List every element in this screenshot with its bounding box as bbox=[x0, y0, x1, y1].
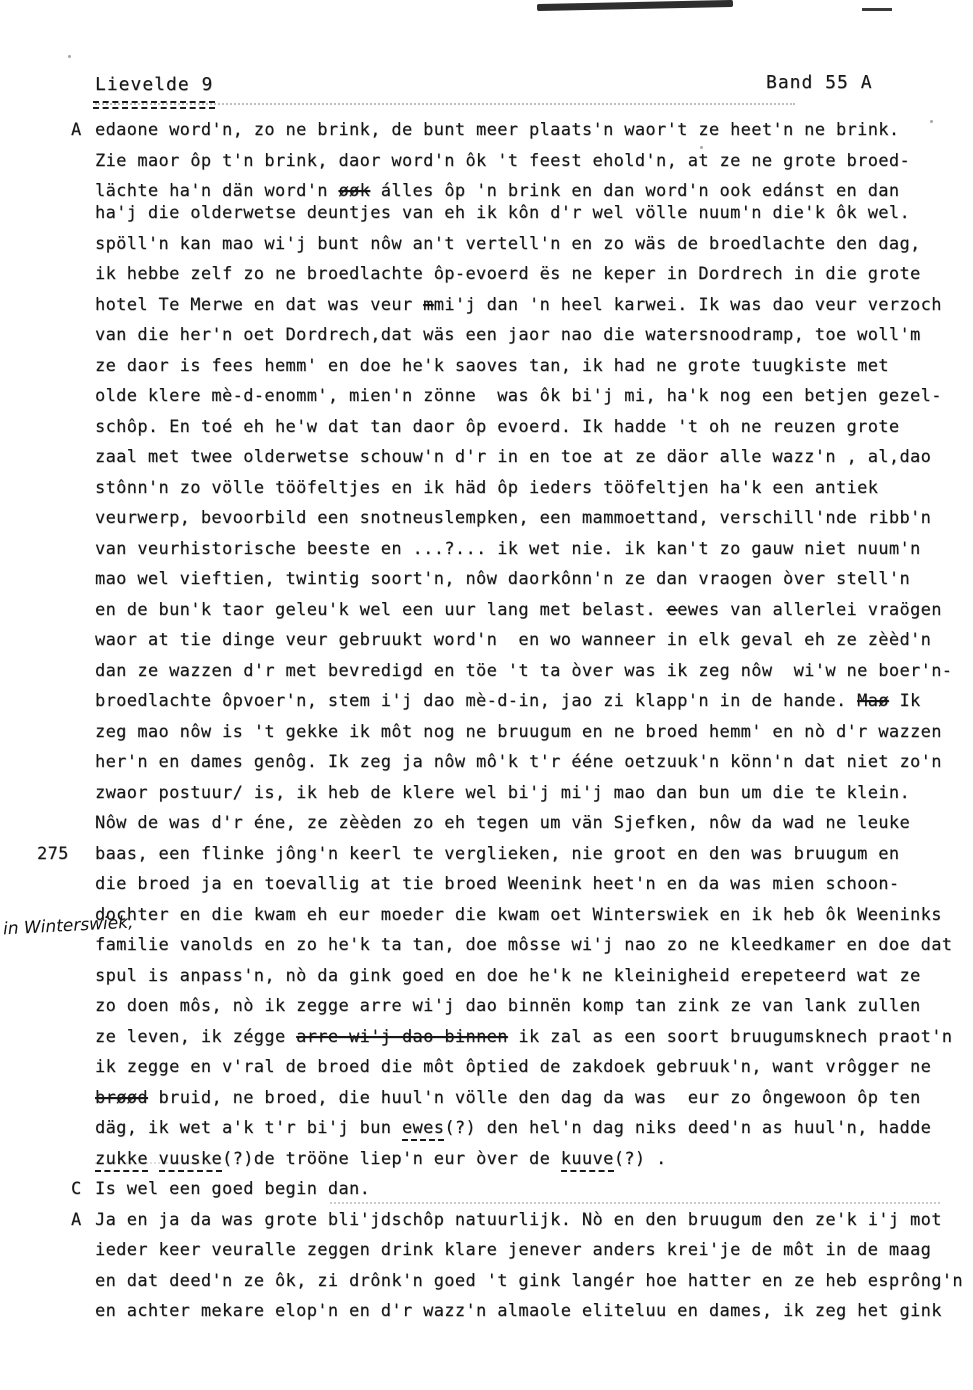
text-segment: ewes van allerlei vraögen bbox=[677, 600, 942, 620]
text-segment: Ja en ja da was grote bli'jdschôp natuur… bbox=[95, 1210, 942, 1230]
transcript: Aedaone word'n, zo ne brink, de bunt mee… bbox=[95, 120, 967, 1332]
text-segment: ieder keer veuralle zeggen drink klare j… bbox=[95, 1240, 931, 1260]
text-segment: zo doen môs, nò ik zegge arre wi'j dao b… bbox=[95, 996, 921, 1016]
transcript-line: spöll'n kan mao wi'j bunt nôw an't verte… bbox=[95, 234, 967, 265]
transcript-line: veurwerp, bevoorbild een snotneuslempken… bbox=[95, 508, 967, 539]
transcript-line: zeg mao nôw is 't gekke ik môt nog ne br… bbox=[95, 722, 967, 753]
transcript-line: mao wel vieftien, twintig soort'n, nôw d… bbox=[95, 569, 967, 600]
text-segment: ze daor is fees hemm' en doe he'k saoves… bbox=[95, 356, 889, 376]
transcript-line: ha'j die olderwetse deuntjes van eh ik k… bbox=[95, 203, 967, 234]
text-segment: dochter en die kwam eh eur moeder die kw… bbox=[95, 905, 942, 925]
text-segment: schôp. En toé eh he'w dat tan daor ôp ev… bbox=[95, 417, 899, 437]
transcript-line: CIs wel een goed begin dan. bbox=[95, 1179, 967, 1210]
text-segment: zwaor postuur/ is, ik heb de klere wel b… bbox=[95, 783, 910, 803]
transcript-line: schôp. En toé eh he'w dat tan daor ôp ev… bbox=[95, 417, 967, 448]
transcript-line: Aedaone word'n, zo ne brink, de bunt mee… bbox=[95, 120, 967, 151]
transcript-line: zaal met twee olderwetse schouw'n d'r in… bbox=[95, 447, 967, 478]
text-segment: spul is anpass'n, nò da gink goed en doe… bbox=[95, 966, 921, 986]
title-underline bbox=[93, 101, 215, 109]
strike-text: brøød bbox=[95, 1088, 148, 1108]
text-segment: álles ôp 'n brink en dan word'n ook edán… bbox=[370, 181, 899, 201]
text-segment: mi'j dan 'n heel karwei. Ik was dao veur… bbox=[434, 295, 942, 315]
text-segment: olde klere mè-d-enomm', mien'n zönne was… bbox=[95, 386, 942, 406]
transcript-line: familie vanolds en zo he'k ta tan, doe m… bbox=[95, 935, 967, 966]
speaker-label: C bbox=[71, 1179, 82, 1199]
text-segment: mao wel vieftien, twintig soort'n, nôw d… bbox=[95, 569, 910, 589]
transcript-line: olde klere mè-d-enomm', mien'n zönne was… bbox=[95, 386, 967, 417]
page-title: Lievelde 9 bbox=[95, 74, 213, 95]
transcript-line: hotel Te Merwe en dat was veur mmi'j dan… bbox=[95, 295, 967, 326]
transcript-line: lächte ha'n dän word'n øøk álles ôp 'n b… bbox=[95, 181, 967, 203]
text-segment: waor at tie dinge veur gebruukt word'n e… bbox=[95, 630, 931, 650]
text-segment: zaal met twee olderwetse schouw'n d'r in… bbox=[95, 447, 931, 467]
strike-text: øøk bbox=[338, 181, 370, 201]
text-segment: dan ze wazzen d'r met bevredigd en töe '… bbox=[95, 661, 952, 681]
transcript-line: waor at tie dinge veur gebruukt word'n e… bbox=[95, 630, 967, 661]
strike-text: e bbox=[667, 600, 678, 620]
text-segment: van die her'n oet Dordrech,dat wäs een j… bbox=[95, 325, 921, 345]
text-segment: (?) den hel'n dag niks deed'n as huul'n,… bbox=[444, 1118, 931, 1138]
transcript-line: däg, ik wet a'k t'r bi'j bun ewes(?) den… bbox=[95, 1118, 967, 1149]
transcript-line: brøød bruid, ne broed, die huul'n völle … bbox=[95, 1088, 967, 1119]
speaker-label: A bbox=[71, 120, 82, 140]
text-segment: die broed ja en toevallig at tie broed W… bbox=[95, 874, 899, 894]
text-segment: ik zegge en v'ral de broed die môt ôptie… bbox=[95, 1057, 931, 1077]
text-segment: her'n en dames genôg. Ik zeg ja nôw mô'k… bbox=[95, 752, 942, 772]
strike-text: Maø bbox=[857, 691, 889, 711]
band-label: Band 55 A bbox=[766, 72, 873, 93]
transcript-line: zwaor postuur/ is, ik heb de klere wel b… bbox=[95, 783, 967, 814]
transcript-line: en achter mekare elop'n en d'r wazz'n al… bbox=[95, 1301, 967, 1332]
speaker-label: A bbox=[71, 1210, 82, 1230]
text-segment: en achter mekare elop'n en d'r wazz'n al… bbox=[95, 1301, 942, 1321]
transcript-line: AJa en ja da was grote bli'jdschôp natuu… bbox=[95, 1210, 967, 1241]
text-segment: ze leven, ik zégge bbox=[95, 1027, 296, 1047]
underline-text: ewes bbox=[402, 1118, 444, 1141]
text-segment: veurwerp, bevoorbild een snotneuslempken… bbox=[95, 508, 931, 528]
transcript-line: stônn'n zo völle tööfeltjes en ik häd ôp… bbox=[95, 478, 967, 509]
transcript-line: en de bun'k taor geleu'k wel een uur lan… bbox=[95, 600, 967, 631]
transcript-line: broedlachte ôpvoer'n, stem i'j dao mè-d-… bbox=[95, 691, 967, 722]
strike-text: arre wi'j dao binnen bbox=[296, 1027, 508, 1047]
text-segment: familie vanolds en zo he'k ta tan, doe m… bbox=[95, 935, 952, 955]
underline-text: vuuske bbox=[159, 1149, 223, 1172]
strike-text: m bbox=[423, 295, 434, 315]
transcript-line: ieder keer veuralle zeggen drink klare j… bbox=[95, 1240, 967, 1271]
text-segment bbox=[148, 1149, 159, 1169]
transcript-line: en dat deed'n ze ôk, zi drônk'n goed 't … bbox=[95, 1271, 967, 1302]
margin-line-number: 275 bbox=[37, 844, 69, 864]
transcript-line: Nôw de was d'r éne, ze zèèden zo eh tege… bbox=[95, 813, 967, 844]
text-segment: edaone word'n, zo ne brink, de bunt meer… bbox=[95, 120, 899, 140]
text-segment: ha'j die olderwetse deuntjes van eh ik k… bbox=[95, 203, 910, 223]
text-segment: zeg mao nôw is 't gekke ik môt nog ne br… bbox=[95, 722, 942, 742]
transcript-line: her'n en dames genôg. Ik zeg ja nôw mô'k… bbox=[95, 752, 967, 783]
transcript-line: ze daor is fees hemm' en doe he'k saoves… bbox=[95, 356, 967, 387]
text-segment: Is wel een goed begin dan. bbox=[95, 1179, 370, 1199]
text-segment: broedlachte ôpvoer'n, stem i'j dao mè-d-… bbox=[95, 691, 857, 711]
transcript-line: zukke vuuske(?)de trööne liep'n eur òver… bbox=[95, 1149, 967, 1180]
text-segment: en de bun'k taor geleu'k wel een uur lan… bbox=[95, 600, 667, 620]
ink-speck bbox=[68, 55, 71, 58]
text-segment: Nôw de was d'r éne, ze zèèden zo eh tege… bbox=[95, 813, 910, 833]
transcript-line: ze leven, ik zégge arre wi'j dao binnen … bbox=[95, 1027, 967, 1058]
transcript-line: die broed ja en toevallig at tie broed W… bbox=[95, 874, 967, 905]
transcript-line: zo doen môs, nò ik zegge arre wi'j dao b… bbox=[95, 996, 967, 1027]
text-segment: hotel Te Merwe en dat was veur bbox=[95, 295, 423, 315]
scan-artifact-mark bbox=[862, 8, 892, 11]
text-segment: Zie maor ôp t'n brink, daor word'n ôk 't… bbox=[95, 151, 910, 171]
transcript-line: dan ze wazzen d'r met bevredigd en töe '… bbox=[95, 661, 967, 692]
text-segment: Ik bbox=[889, 691, 921, 711]
text-segment: lächte ha'n dän word'n bbox=[95, 181, 338, 201]
text-segment: spöll'n kan mao wi'j bunt nôw an't verte… bbox=[95, 234, 921, 254]
transcript-line: ik hebbe zelf zo ne broedlachte ôp-evoer… bbox=[95, 264, 967, 295]
text-segment: van veurhistorische beeste en ...?... ik… bbox=[95, 539, 921, 559]
text-segment: (?) . bbox=[614, 1149, 667, 1169]
text-segment: en dat deed'n ze ôk, zi drônk'n goed 't … bbox=[95, 1271, 963, 1291]
transcript-line: ik zegge en v'ral de broed die môt ôptie… bbox=[95, 1057, 967, 1088]
underline-text: zukke bbox=[95, 1149, 148, 1172]
scanned-document-page: Lievelde 9 Band 55 A in Winterswiek, Aed… bbox=[0, 0, 973, 1390]
underline-text: kuuve bbox=[561, 1149, 614, 1172]
transcript-line: spul is anpass'n, nò da gink goed en doe… bbox=[95, 966, 967, 997]
text-segment: stônn'n zo völle tööfeltjes en ik häd ôp… bbox=[95, 478, 878, 498]
text-segment: däg, ik wet a'k t'r bi'j bun bbox=[95, 1118, 402, 1138]
text-segment: bruid, ne broed, die huul'n völle den da… bbox=[148, 1088, 921, 1108]
transcript-line: van veurhistorische beeste en ...?... ik… bbox=[95, 539, 967, 570]
text-segment: baas, een flinke jông'n keerl te verglie… bbox=[95, 844, 899, 864]
text-segment: ik zal as een soort bruugumsknech praot'… bbox=[508, 1027, 953, 1047]
scan-artifact-line bbox=[537, 0, 733, 11]
transcript-line: Zie maor ôp t'n brink, daor word'n ôk 't… bbox=[95, 151, 967, 182]
transcript-line: 275baas, een flinke jông'n keerl te verg… bbox=[95, 844, 967, 875]
text-segment: (?)de trööne liep'n eur òver de bbox=[222, 1149, 561, 1169]
text-segment: ik hebbe zelf zo ne broedlachte ôp-evoer… bbox=[95, 264, 921, 284]
transcript-line: van die her'n oet Dordrech,dat wäs een j… bbox=[95, 325, 967, 356]
transcript-line: dochter en die kwam eh eur moeder die kw… bbox=[95, 905, 967, 936]
